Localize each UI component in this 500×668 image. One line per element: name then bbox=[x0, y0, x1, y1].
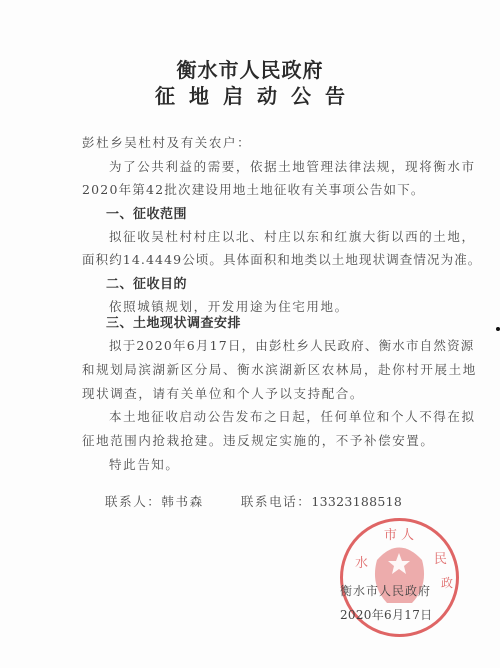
svg-text:市 人: 市 人 bbox=[384, 528, 414, 543]
contact-phone: 13323188518 bbox=[311, 494, 402, 509]
svg-text:民: 民 bbox=[434, 552, 447, 567]
document-title: 征地启动公告 bbox=[0, 80, 500, 109]
edge-dot-mark bbox=[496, 327, 500, 331]
intro-line-1: 为了公共利益的需要，依据土地管理法律法规，现将衡水市 bbox=[109, 157, 476, 175]
notice-line-1: 本土地征收启动公告发布之日起，任何单位和个人不得在拟 bbox=[109, 407, 476, 425]
contact-phone-label: 联系电话： bbox=[241, 494, 312, 509]
intro-line-2: 2020年第42批次建设用地土地征收有关事项公告如下。 bbox=[82, 180, 425, 198]
survey-line-1: 拟于2020年6月17日，由彭杜乡人民政府、衡水市自然资源 bbox=[109, 336, 474, 354]
survey-line-3: 现状调查，请有关单位和个人予以支持配合。 bbox=[82, 384, 364, 402]
section-heading-purpose: 二、征收目的 bbox=[106, 273, 187, 292]
salutation: 彭杜乡吴杜村及有关农户： bbox=[82, 133, 251, 151]
svg-text:水: 水 bbox=[355, 555, 368, 571]
contact-row: 联系人：韩书森 联系电话：13323188518 bbox=[105, 492, 402, 510]
closing: 特此告知。 bbox=[109, 455, 180, 473]
scope-line-2: 面积约14.4449公顷。具体面积和地类以土地现状调查情况为准。 bbox=[82, 250, 481, 268]
section-heading-scope: 一、征收范围 bbox=[106, 203, 187, 222]
signature-issuer: 衡水市人民政府 bbox=[340, 582, 431, 599]
svg-text:政: 政 bbox=[441, 575, 453, 590]
section-heading-survey: 三、土地现状调查安排 bbox=[106, 312, 241, 331]
contact-person-label: 联系人： bbox=[105, 494, 161, 509]
survey-line-2: 和规划局滨湖新区分局、衡水滨湖新区农林局，赴你村开展土地 bbox=[82, 360, 477, 378]
issuer-title: 衡水市人民政府 bbox=[0, 54, 500, 83]
scope-line-1: 拟征收吴杜村村庄以北、村庄以东和红旗大街以西的土地， bbox=[109, 227, 476, 245]
notice-line-2: 征地范围内抢栽抢建。违反规定实施的，不予补偿安置。 bbox=[82, 431, 435, 449]
contact-person: 韩书森 bbox=[161, 494, 203, 509]
signature-date: 2020年6月17日 bbox=[340, 606, 432, 623]
